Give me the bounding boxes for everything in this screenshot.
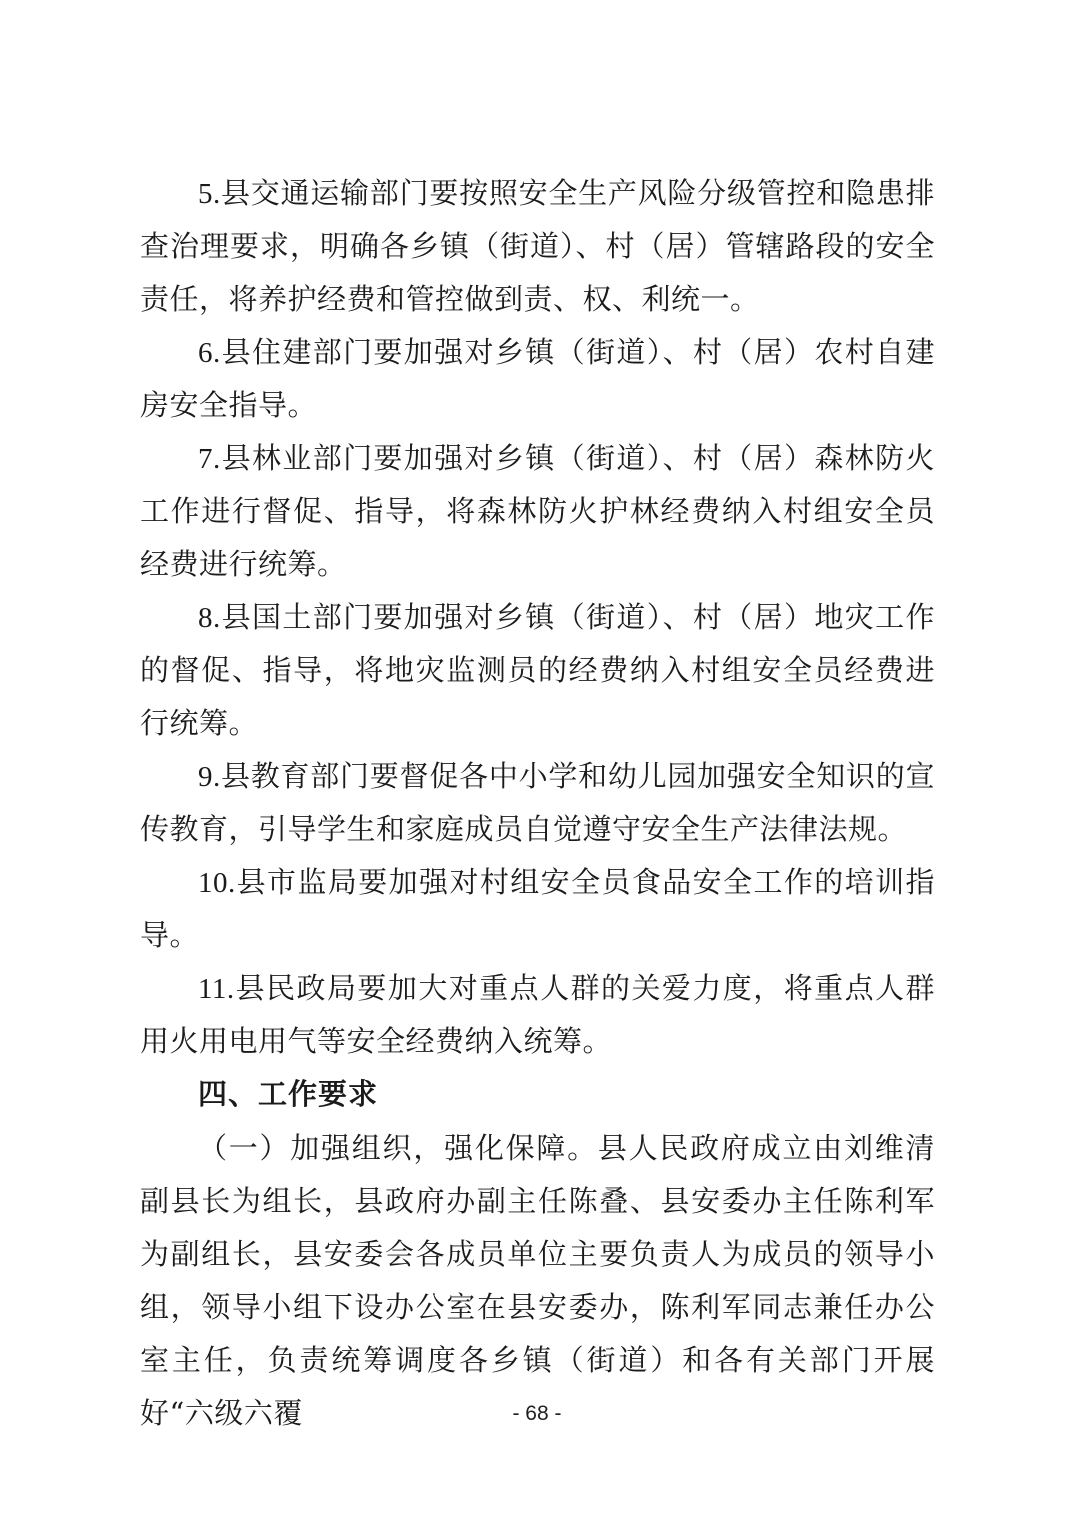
paragraph-item-8: 8.县国土部门要加强对乡镇（街道）、村（居）地灾工作的督促、指导，将地灾监测员的…: [140, 592, 935, 751]
paragraph-item-5: 5.县交通运输部门要按照安全生产风险分级管控和隐患排查治理要求，明确各乡镇（街道…: [140, 168, 935, 327]
page-number: - 68 -: [0, 1402, 1074, 1434]
paragraph-item-10: 10.县市监局要加强对村组安全员食品安全工作的培训指导。: [140, 857, 935, 963]
paragraph-item-9: 9.县教育部门要督促各中小学和幼儿园加强安全知识的宣传教育，引导学生和家庭成员自…: [140, 751, 935, 857]
paragraph-item-6: 6.县住建部门要加强对乡镇（街道）、村（居）农村自建房安全指导。: [140, 327, 935, 433]
section-heading-work-requirements: 四、工作要求: [140, 1069, 935, 1122]
paragraph-item-11: 11.县民政局要加大对重点人群的关爱力度，将重点人群用火用电用气等安全经费纳入统…: [140, 963, 935, 1069]
paragraph-item-7: 7.县林业部门要加强对乡镇（街道）、村（居）森林防火工作进行督促、指导，将森林防…: [140, 433, 935, 592]
document-page: 5.县交通运输部门要按照安全生产风险分级管控和隐患排查治理要求，明确各乡镇（街道…: [0, 0, 1074, 1520]
paragraph-sub-item-1: （一）加强组织，强化保障。县人民政府成立由刘维清副县长为组长，县政府办副主任陈叠…: [140, 1122, 935, 1440]
document-body: 5.县交通运输部门要按照安全生产风险分级管控和隐患排查治理要求，明确各乡镇（街道…: [140, 168, 935, 1440]
